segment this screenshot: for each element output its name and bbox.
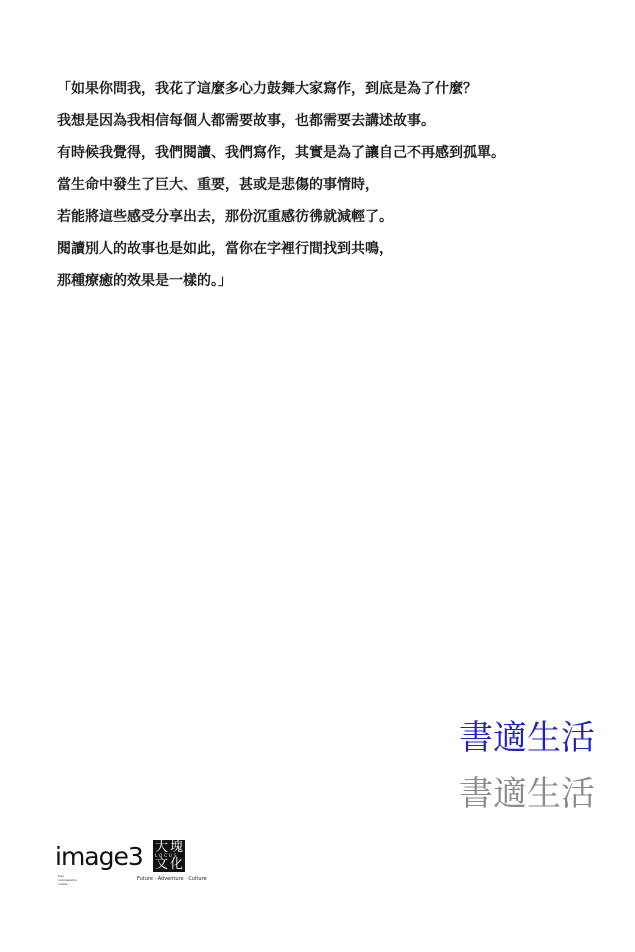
quote-line: 當生命中發生了巨大、重要，甚或是悲傷的事情時， [57, 169, 617, 201]
quote-line: 那種療癒的效果是一樣的。」 [57, 265, 617, 297]
image3-subtitle: feel unbreakable create [58, 874, 77, 886]
brand-title-gray: 書適生活 [459, 766, 595, 815]
image3-subtitle-line: create [58, 882, 77, 886]
quote-line: 我想是因為我相信每個人都需要故事，也都需要去講述故事。 [57, 105, 617, 137]
quote-line: 若能將這些感受分享出去，那份沉重感彷彿就減輕了。 [57, 201, 617, 233]
locus-char: 文 [155, 858, 168, 871]
locus-char: 化 [170, 858, 183, 871]
image3-logo: image3 feel unbreakable create [55, 840, 125, 890]
quote-block: 「如果你問我，我花了這麼多心力鼓舞大家寫作，到底是為了什麼？ 我想是因為我相信每… [57, 73, 617, 297]
quote-line: 「如果你問我，我花了這麼多心力鼓舞大家寫作，到底是為了什麼？ [57, 73, 617, 105]
image3-wordmark: image3 [55, 842, 143, 871]
quote-line: 閱讀別人的故事也是如此，當你在字裡行間找到共鳴， [57, 233, 617, 265]
publisher-logos: image3 feel unbreakable create 大 塊 LOCUS… [55, 840, 225, 890]
locus-logo-mark: 大 塊 LOCUS 文 化 [153, 840, 185, 872]
quote-line: 有時候我覺得，我們閱讀、我們寫作，其實是為了讓自己不再感到孤單。 [57, 137, 617, 169]
locus-tagline: Future · Adventure · Culture [137, 876, 207, 882]
locus-logo: 大 塊 LOCUS 文 化 Future · Adventure · Cultu… [153, 840, 223, 890]
brand-title-blue: 書適生活 [459, 710, 595, 759]
